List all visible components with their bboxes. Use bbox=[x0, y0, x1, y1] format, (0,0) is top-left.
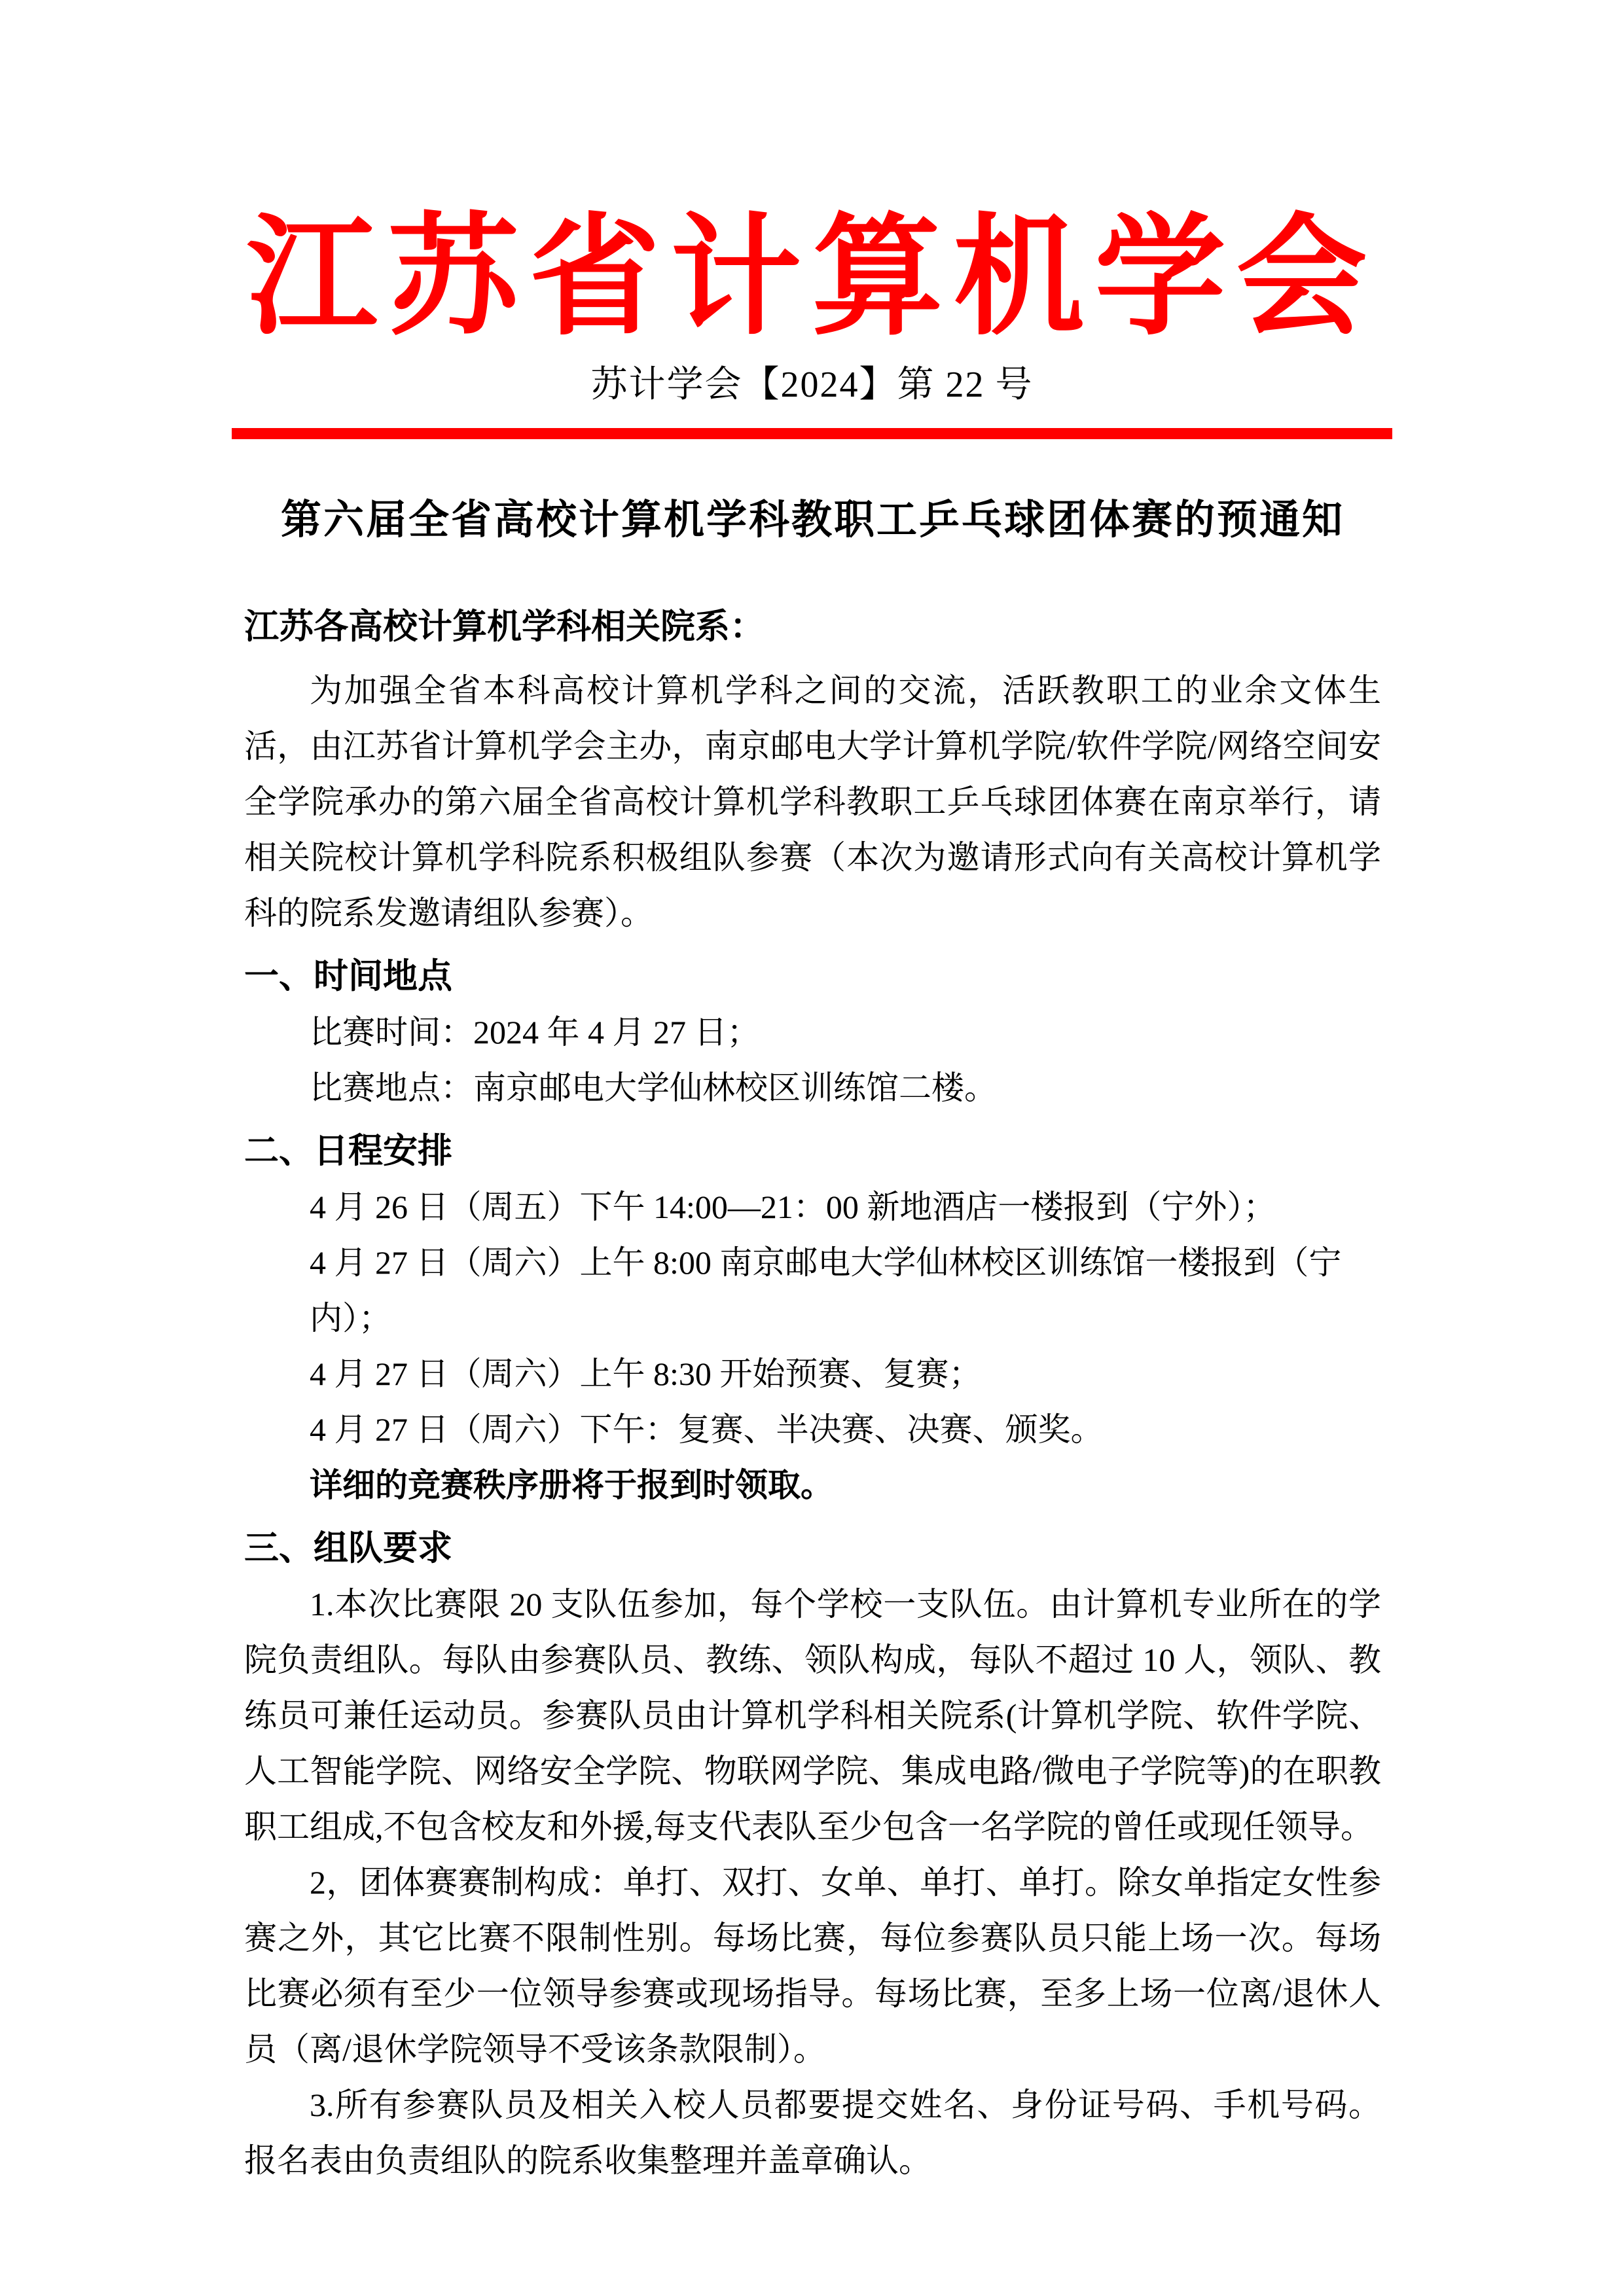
section-2-schedule-line: 4 月 27 日（周六）下午：复赛、半决赛、决赛、颁奖。 bbox=[244, 1402, 1381, 1458]
notice-title: 第六届全省高校计算机学科教职工乒乓球团体赛的预通知 bbox=[244, 494, 1381, 547]
document-number: 苏计学会【2024】第 22 号 bbox=[0, 364, 1624, 406]
section-2-schedule-line: 4 月 27 日（周六）上午 8:30 开始预赛、复赛； bbox=[244, 1346, 1381, 1402]
section-1-line-time: 比赛时间：2024 年 4 月 27 日； bbox=[244, 1005, 1381, 1060]
intro-paragraph: 为加强全省本科高校计算机学科之间的交流，活跃教职工的业余文体生活，由江苏省计算机… bbox=[244, 663, 1381, 941]
section-3-paragraph-1: 1.本次比赛限 20 支队伍参加，每个学校一支队伍。由计算机专业所在的学院负责组… bbox=[244, 1577, 1381, 1855]
letterhead-org-title: 江苏省计算机学会 bbox=[0, 208, 1624, 350]
section-2-schedule-line: 4 月 26 日（周五）下午 14:00—21：00 新地酒店一楼报到（宁外）； bbox=[244, 1179, 1381, 1235]
letterhead-red-divider bbox=[232, 428, 1392, 439]
salutation-line: 江苏各高校计算机学科相关院系： bbox=[244, 600, 1381, 655]
section-2-note: 详细的竞赛秩序册将于报到时领取。 bbox=[244, 1458, 1381, 1513]
section-1-line-place: 比赛地点：南京邮电大学仙林校区训练馆二楼。 bbox=[244, 1060, 1381, 1116]
section-1-heading: 一、时间地点 bbox=[244, 949, 1381, 1005]
document-body: 第六届全省高校计算机学科教职工乒乓球团体赛的预通知 江苏各高校计算机学科相关院系… bbox=[0, 494, 1624, 2189]
document-page: 江苏省计算机学会 苏计学会【2024】第 22 号 第六届全省高校计算机学科教职… bbox=[0, 0, 1624, 2296]
section-3-paragraph-3: 3.所有参赛队员及相关入校人员都要提交姓名、身份证号码、手机号码。报名表由负责组… bbox=[244, 2077, 1381, 2189]
section-3-heading: 三、组队要求 bbox=[244, 1521, 1381, 1577]
section-2-heading: 二、日程安排 bbox=[244, 1124, 1381, 1179]
section-3-paragraph-2: 2，团体赛赛制构成：单打、双打、女单、单打、单打。除女单指定女性参赛之外，其它比… bbox=[244, 1855, 1381, 2077]
section-2-schedule-line: 4 月 27 日（周六）上午 8:00 南京邮电大学仙林校区训练馆一楼报到（宁内… bbox=[244, 1235, 1381, 1346]
